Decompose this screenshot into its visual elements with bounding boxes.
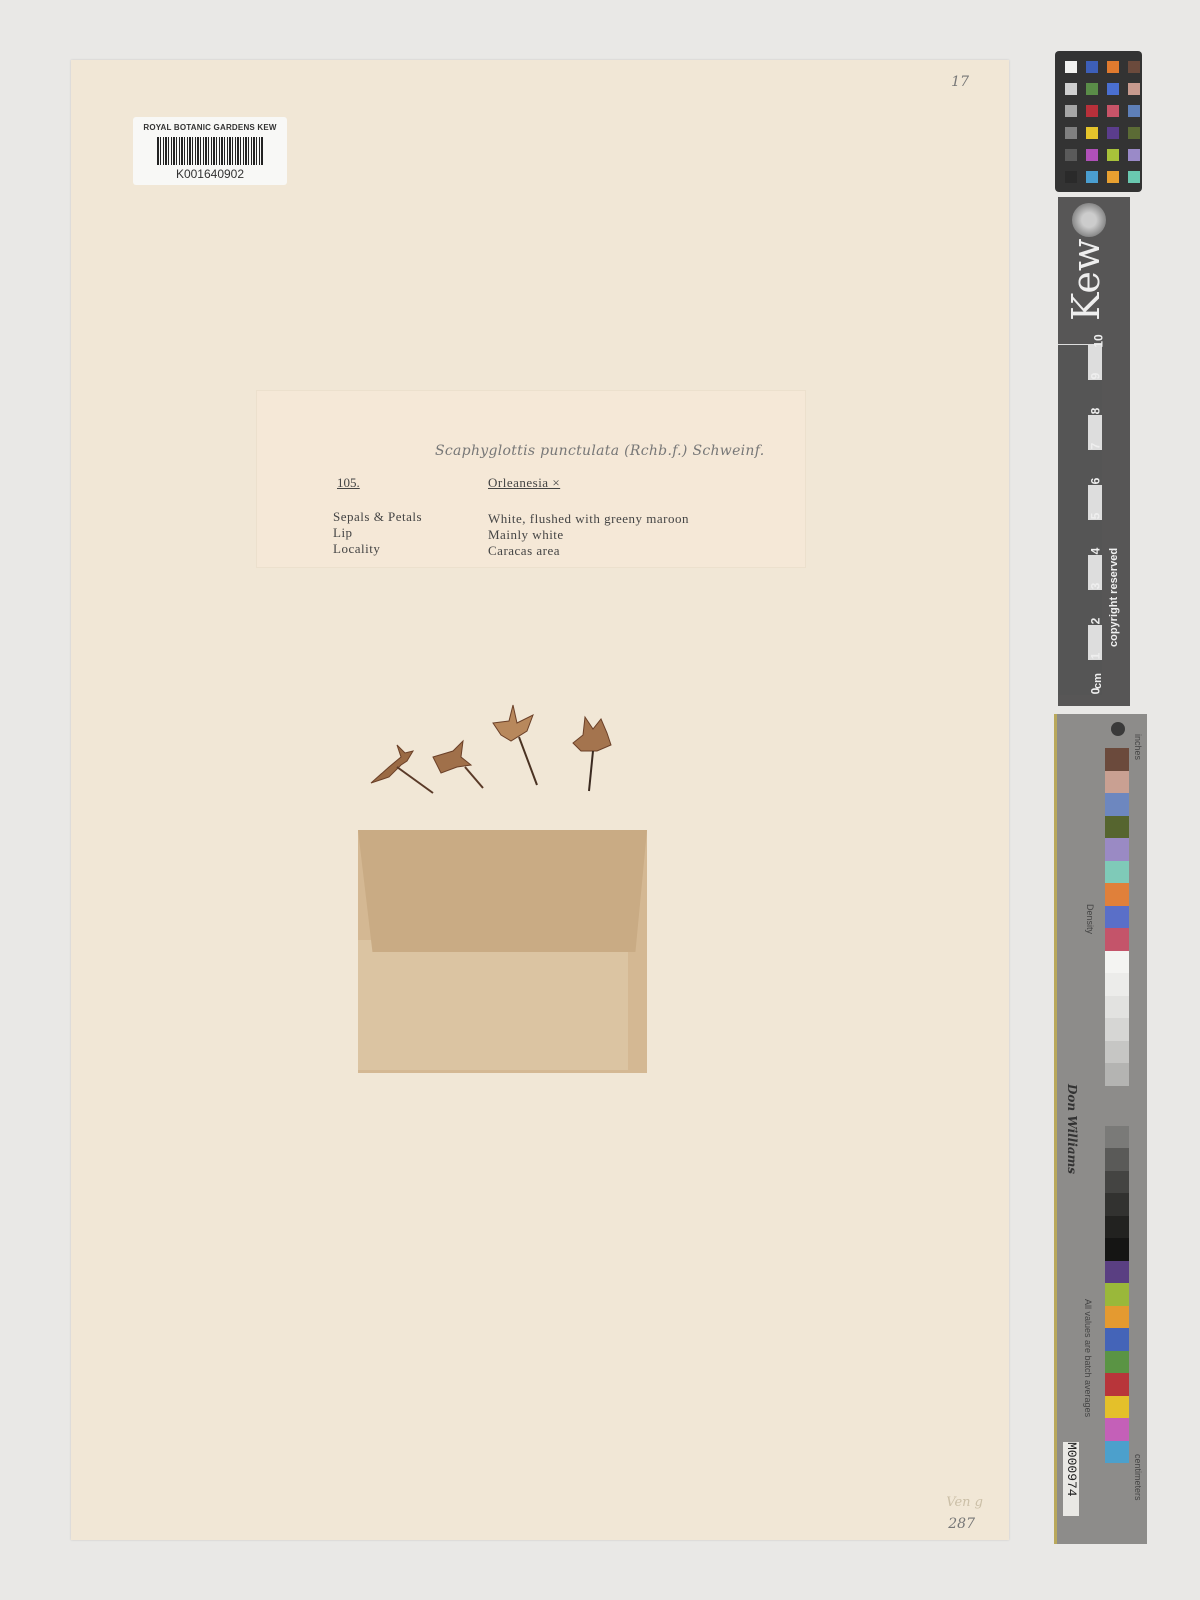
gray-scale-patch	[1105, 951, 1129, 974]
kew-cm-scale: Kew copyright reserved 012345678910 cm	[1058, 197, 1130, 706]
gray-scale-patch	[1105, 1193, 1129, 1216]
density-label: Density	[1085, 904, 1095, 934]
flower-icon	[573, 717, 611, 791]
color-patch	[1128, 83, 1140, 95]
gray-scale-patch	[1105, 883, 1129, 906]
gray-scale-patch	[1105, 771, 1129, 794]
cm-number: 1	[1088, 653, 1102, 660]
gray-scale-patch	[1105, 1126, 1129, 1149]
color-patch	[1107, 149, 1119, 161]
color-patch	[1107, 83, 1119, 95]
color-patch	[1107, 61, 1119, 73]
centimeters-label: centimeters	[1133, 1454, 1143, 1501]
gray-scale-patch	[1105, 1216, 1129, 1239]
card-hole-icon	[1111, 722, 1125, 736]
color-patch	[1086, 171, 1098, 183]
collection-number: 105.	[337, 475, 360, 491]
color-patch	[1086, 149, 1098, 161]
color-patch	[1107, 127, 1119, 139]
color-patch	[1128, 61, 1140, 73]
color-patch	[1065, 83, 1077, 95]
gray-scale-patch	[1105, 1171, 1129, 1194]
color-patch	[1107, 171, 1119, 183]
gray-scale-patch	[1105, 1283, 1129, 1306]
envelope-flap	[358, 830, 647, 952]
row-label: Sepals & Petals	[333, 509, 422, 525]
color-patch	[1107, 105, 1119, 117]
gray-scale-patch	[1105, 1418, 1129, 1441]
gray-scale-patch	[1105, 838, 1129, 861]
cm-number: 5	[1088, 513, 1102, 520]
card-code-label: M000974	[1063, 1442, 1079, 1516]
gray-scale-patch	[1105, 1396, 1129, 1419]
gray-scale-patch	[1105, 973, 1129, 996]
gray-scale-patch	[1105, 861, 1129, 884]
color-patch	[1065, 171, 1077, 183]
cm-unit-label: cm	[1092, 673, 1104, 689]
color-patch	[1065, 127, 1077, 139]
gray-scale-patch	[1105, 996, 1129, 1019]
gray-scale-patch	[1105, 816, 1129, 839]
row-value: White, flushed with greeny maroon	[488, 511, 689, 527]
gray-scale-patch	[1105, 1018, 1129, 1041]
color-patch	[1086, 83, 1098, 95]
genus-name: Orleanesia ×	[488, 475, 560, 491]
color-patch	[1086, 61, 1098, 73]
gray-scale-patch	[1105, 906, 1129, 929]
color-patch	[1086, 127, 1098, 139]
color-patch	[1065, 105, 1077, 117]
gray-scale-patch	[1105, 1373, 1129, 1396]
flower-icon	[493, 705, 537, 785]
gray-scale-patch	[1105, 1238, 1129, 1261]
cm-numbers: 012345678910	[1092, 337, 1116, 697]
gray-scale-patch	[1105, 1148, 1129, 1171]
gray-scale-patch	[1105, 1261, 1129, 1284]
gray-scale-patch	[1105, 1063, 1129, 1086]
gray-scale-patch	[1105, 1306, 1129, 1329]
herbarium-sheet: ROYAL BOTANIC GARDENS KEW K001640902 17 …	[71, 60, 1009, 1540]
cm-number: 8	[1088, 408, 1102, 415]
gray-scale-patch	[1105, 793, 1129, 816]
color-patch	[1065, 61, 1077, 73]
gray-scale-patches	[1105, 748, 1129, 1463]
color-patch	[1128, 105, 1140, 117]
color-patch	[1128, 127, 1140, 139]
gray-scale-patch	[1105, 928, 1129, 951]
row-label: Locality	[333, 541, 380, 557]
cm-number: 6	[1088, 478, 1102, 485]
gray-scale-patch	[1105, 1328, 1129, 1351]
color-checker-chart	[1055, 51, 1142, 192]
brand-label: Don Williams	[1065, 1084, 1079, 1174]
kew-logo: Kew	[1064, 239, 1108, 321]
row-value: Caracas area	[488, 543, 560, 559]
flower-icon	[371, 745, 433, 793]
gray-scale-patch	[1105, 1441, 1129, 1464]
color-patch	[1086, 105, 1098, 117]
cm-number: 4	[1088, 548, 1102, 555]
cm-number: 7	[1088, 443, 1102, 450]
bottom-number: 287	[948, 1516, 975, 1532]
dried-flowers-specimen	[361, 695, 641, 805]
region-annotation: Ven g	[946, 1495, 983, 1510]
sheet-number: 17	[951, 74, 969, 90]
inches-label: inches	[1133, 734, 1143, 760]
batch-note: All values are batch averages	[1083, 1299, 1093, 1417]
institution-name: ROYAL BOTANIC GARDENS KEW	[133, 123, 287, 132]
cm-number: 3	[1088, 583, 1102, 590]
handwritten-determination: Scaphyglottis punctulata (Rchb.f.) Schwe…	[435, 443, 765, 459]
card-code: M000974	[1064, 1442, 1079, 1497]
color-patch-grid	[1065, 61, 1140, 183]
gray-scale-patch	[1105, 1041, 1129, 1064]
cm-number: 9	[1088, 373, 1102, 380]
color-patch	[1128, 149, 1140, 161]
color-patch	[1128, 171, 1140, 183]
flower-icon	[433, 741, 483, 788]
determination-label: Scaphyglottis punctulata (Rchb.f.) Schwe…	[256, 390, 806, 568]
barcode-label: ROYAL BOTANIC GARDENS KEW K001640902	[133, 117, 287, 185]
fragment-envelope	[358, 830, 647, 1073]
gray-scale-patch	[1105, 1351, 1129, 1374]
gray-scale-card: inches Density Don Williams All values a…	[1054, 714, 1147, 1544]
barcode-icon	[157, 137, 263, 165]
gray-scale-patch	[1105, 748, 1129, 771]
row-value: Mainly white	[488, 527, 564, 543]
color-patch	[1065, 149, 1077, 161]
envelope-body	[358, 940, 628, 1070]
row-label: Lip	[333, 525, 353, 541]
kew-crest-icon	[1072, 203, 1106, 237]
cm-number: 2	[1088, 618, 1102, 625]
barcode-number: K001640902	[133, 167, 287, 181]
cm-number: 10	[1092, 334, 1106, 347]
